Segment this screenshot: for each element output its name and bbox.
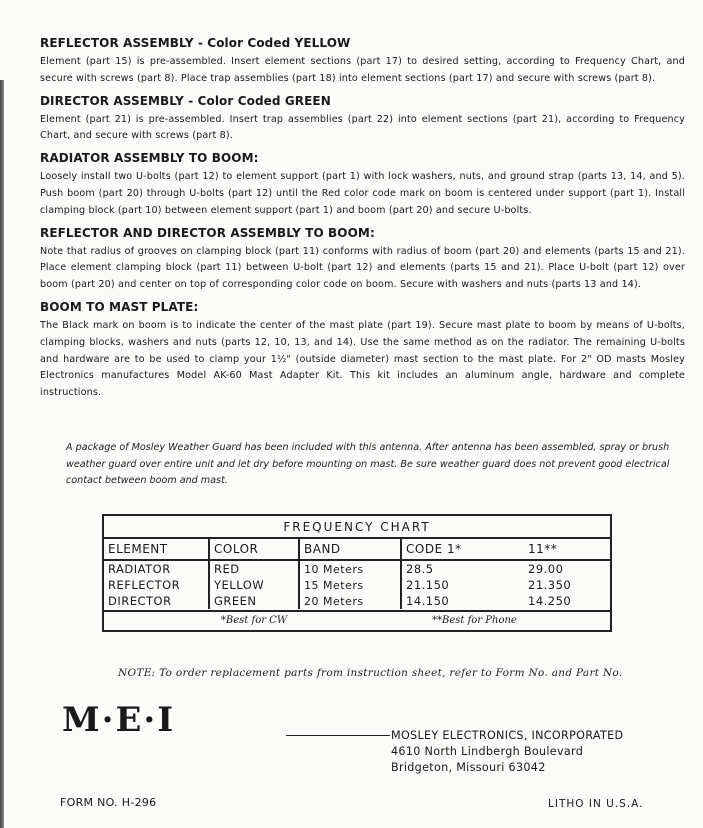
section-heading: REFLECTOR ASSEMBLY - Color Coded YELLOW — [40, 36, 685, 50]
footnote-cw: *Best for CW — [104, 612, 404, 630]
table-cell: 21.150 — [401, 577, 524, 593]
table-cell: 20 Meters — [299, 593, 401, 609]
table-cell: 21.350 — [524, 577, 610, 593]
table-cell: 14.250 — [524, 593, 610, 609]
table-cell: RED — [209, 560, 299, 577]
section-heading: BOOM TO MAST PLATE: — [40, 300, 685, 314]
frequency-chart-title: FREQUENCY CHART — [104, 516, 610, 539]
section-reflector-director-to-boom: REFLECTOR AND DIRECTOR ASSEMBLY TO BOOM:… — [40, 226, 685, 294]
section-body: Note that radius of grooves on clamping … — [40, 244, 685, 294]
footnote-phone: **Best for Phone — [404, 612, 610, 630]
table-cell: 14.150 — [401, 593, 524, 609]
logo-underline — [286, 735, 390, 736]
section-boom-to-mast-plate: BOOM TO MAST PLATE: The Black mark on bo… — [40, 300, 685, 402]
table-cell: GREEN — [209, 593, 299, 609]
scan-edge-shadow — [0, 80, 4, 828]
instruction-page: REFLECTOR ASSEMBLY - Color Coded YELLOW … — [40, 36, 685, 408]
section-body: Element (part 21) is pre-assembled. Inse… — [40, 112, 685, 146]
table-cell: REFLECTOR — [104, 577, 209, 593]
section-reflector-assembly: REFLECTOR ASSEMBLY - Color Coded YELLOW … — [40, 36, 685, 88]
company-name: MOSLEY ELECTRONICS, INCORPORATED — [391, 728, 623, 744]
table-cell: 28.5 — [401, 560, 524, 577]
section-body: Loosely install two U-bolts (part 12) to… — [40, 169, 685, 219]
section-radiator-to-boom: RADIATOR ASSEMBLY TO BOOM: Loosely insta… — [40, 151, 685, 219]
table-cell: RADIATOR — [104, 560, 209, 577]
frequency-table: ELEMENT COLOR BAND CODE 1* 11** RADIATOR… — [104, 539, 610, 609]
mei-logo: M·E·I — [62, 703, 175, 737]
section-heading: RADIATOR ASSEMBLY TO BOOM: — [40, 151, 685, 165]
form-number: FORM NO. H-296 — [60, 796, 157, 809]
section-body: The Black mark on boom is to indicate th… — [40, 318, 685, 402]
frequency-chart-footnotes: *Best for CW **Best for Phone — [104, 610, 610, 630]
section-director-assembly: DIRECTOR ASSEMBLY - Color Coded GREEN El… — [40, 94, 685, 146]
replacement-parts-note: NOTE: To order replacement parts from in… — [118, 667, 623, 679]
header-cell: CODE 1* — [401, 539, 524, 560]
header-cell: ELEMENT — [104, 539, 209, 560]
company-address: MOSLEY ELECTRONICS, INCORPORATED 4610 No… — [391, 728, 623, 776]
section-heading: DIRECTOR ASSEMBLY - Color Coded GREEN — [40, 94, 685, 108]
table-row: REFLECTOR YELLOW 15 Meters 21.150 21.350 — [104, 577, 610, 593]
address-line-2: Bridgeton, Missouri 63042 — [391, 760, 623, 776]
table-row: DIRECTOR GREEN 20 Meters 14.150 14.250 — [104, 593, 610, 609]
header-cell: BAND — [299, 539, 401, 560]
header-cell: COLOR — [209, 539, 299, 560]
table-cell: 29.00 — [524, 560, 610, 577]
table-cell: 10 Meters — [299, 560, 401, 577]
section-heading: REFLECTOR AND DIRECTOR ASSEMBLY TO BOOM: — [40, 226, 685, 240]
table-header-row: ELEMENT COLOR BAND CODE 1* 11** — [104, 539, 610, 560]
address-line-1: 4610 North Lindbergh Boulevard — [391, 744, 623, 760]
table-cell: 15 Meters — [299, 577, 401, 593]
table-cell: DIRECTOR — [104, 593, 209, 609]
litho-label: LITHO IN U.S.A. — [548, 798, 644, 810]
table-row: RADIATOR RED 10 Meters 28.5 29.00 — [104, 560, 610, 577]
table-cell: YELLOW — [209, 577, 299, 593]
weather-guard-note: A package of Mosley Weather Guard has be… — [66, 440, 696, 490]
section-body: Element (part 15) is pre-assembled. Inse… — [40, 54, 685, 88]
frequency-chart: FREQUENCY CHART ELEMENT COLOR BAND CODE … — [102, 514, 612, 632]
header-cell: 11** — [524, 539, 610, 560]
